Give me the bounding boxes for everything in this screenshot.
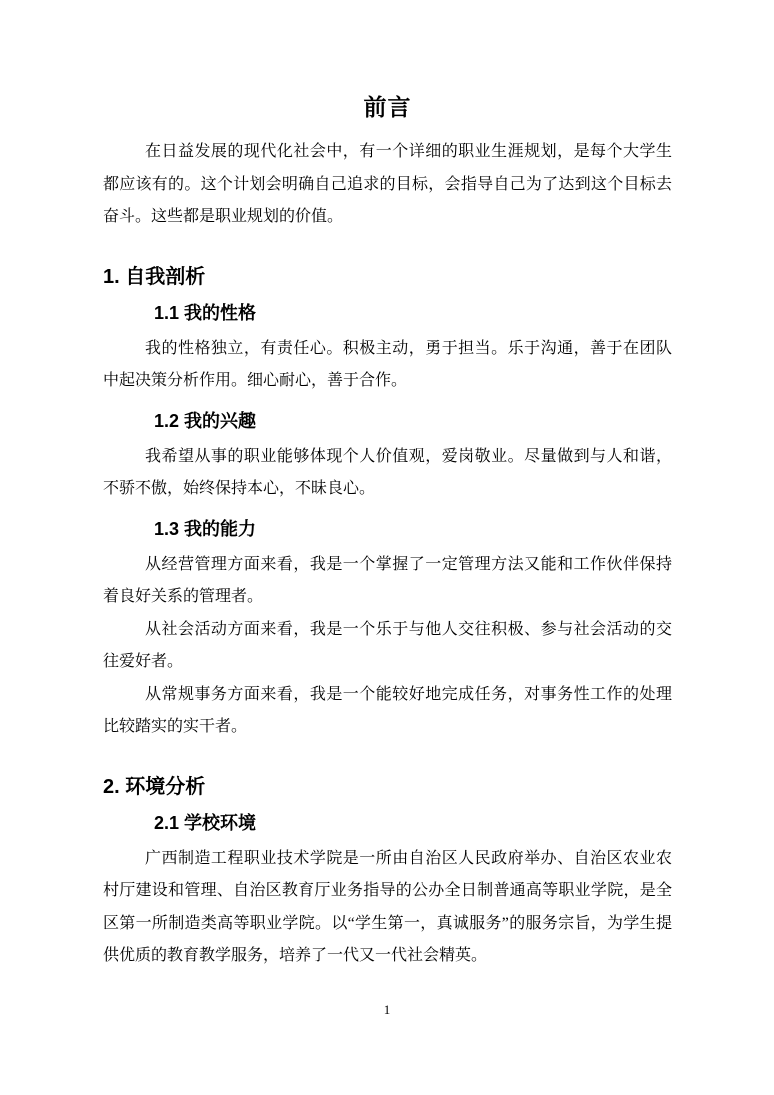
section-2-1-paragraph: 广西制造工程职业技术学院是一所由自治区人民政府举办、自治区农业农村厅建设和管理、… (103, 843, 672, 973)
section-1-3-heading: 1.3 我的能力 (154, 517, 672, 541)
section-1-3-paragraph-1: 从经营管理方面来看，我是一个掌握了一定管理方法又能和工作伙伴保持着良好关系的管理… (103, 549, 672, 614)
section-1-3-paragraph-2: 从社会活动方面来看，我是一个乐于与他人交往积极、参与社会活动的交往爱好者。 (103, 614, 672, 679)
section-1-heading: 1. 自我剖析 (103, 264, 672, 290)
section-1-1-paragraph: 我的性格独立，有责任心。积极主动，勇于担当。乐于沟通，善于在团队中起决策分析作用… (103, 333, 672, 398)
section-2-1-heading: 2.1 学校环境 (154, 811, 672, 835)
section-1-3-paragraph-3: 从常规事务方面来看，我是一个能较好地完成任务，对事务性工作的处理比较踏实的实干者… (103, 679, 672, 744)
page-number: 1 (0, 1001, 774, 1019)
document-title: 前言 (103, 92, 672, 122)
section-1-1-heading: 1.1 我的性格 (154, 301, 672, 325)
section-1-2-paragraph: 我希望从事的职业能够体现个人价值观，爱岗敬业。尽量做到与人和谐，不骄不傲，始终保… (103, 441, 672, 506)
section-2-heading: 2. 环境分析 (103, 774, 672, 800)
intro-paragraph: 在日益发展的现代化社会中，有一个详细的职业生涯规划，是每个大学生都应该有的。这个… (103, 136, 672, 234)
section-1-2-heading: 1.2 我的兴趣 (154, 409, 672, 433)
document-page: 前言 在日益发展的现代化社会中，有一个详细的职业生涯规划，是每个大学生都应该有的… (0, 0, 774, 1095)
document-content: 前言 在日益发展的现代化社会中，有一个详细的职业生涯规划，是每个大学生都应该有的… (103, 0, 672, 973)
